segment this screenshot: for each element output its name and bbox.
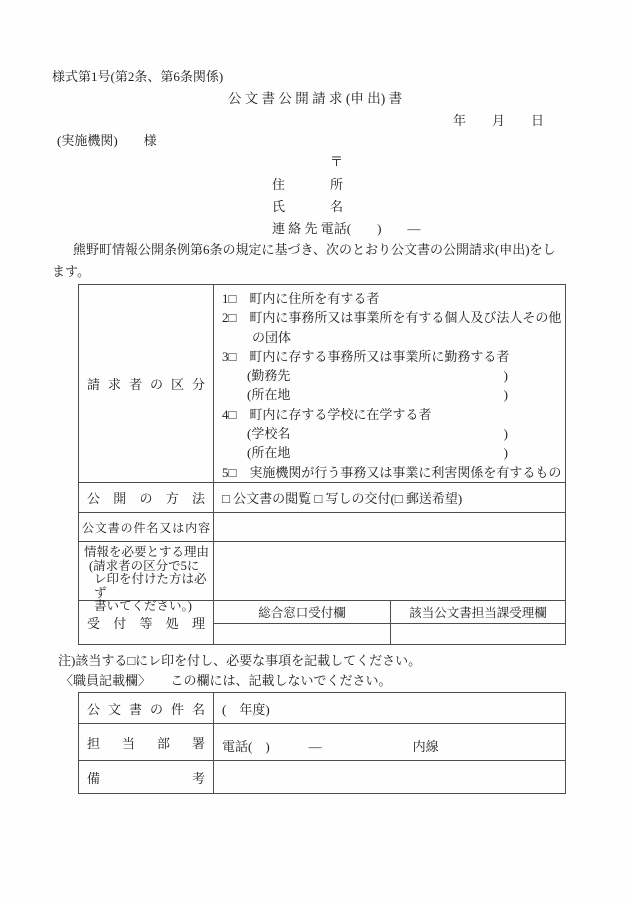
staff-department-label: 担当部署 — [79, 724, 214, 760]
staff-remarks-area — [214, 761, 565, 793]
document-subject-label: 公文書の件名又は内容 — [79, 513, 214, 541]
applicant-category-row: 請求者の区分 1□ 町内に住所を有する者 2□ 町内に事務所又は事業所を有する個… — [79, 285, 565, 482]
staff-remarks-label: 備考 — [79, 761, 214, 793]
postal-mark: 〒 — [330, 151, 343, 170]
address-label: 住 所 — [272, 174, 343, 193]
document-subject-input-area — [214, 513, 565, 541]
reason-row: 情報を必要とする理由 (請求者の区分で5に レ印を付けた方は必ず 書いてください… — [79, 541, 565, 600]
staff-doc-title-value: ( 年度) — [214, 693, 565, 723]
staff-department-row: 担当部署 電話( ) ― 内線 — [79, 723, 565, 760]
applicant-option-5: 5□ 実施機関が行う事務又は事業に利害関係を有するもの — [222, 463, 565, 482]
document-title: 公 文 書 公 開 請 求 (申 出) 書 — [52, 87, 578, 107]
close-paren: ) — [504, 424, 508, 443]
address-label-second: 所 — [330, 174, 343, 193]
reception-desk-header: 総合窓口受付欄 — [214, 601, 391, 623]
disclosure-method-options: □ 公文書の閲覧 □ 写しの交付(□ 郵送希望) — [214, 483, 565, 512]
applicant-category-options: 1□ 町内に住所を有する者 2□ 町内に事務所又は事業所を有する個人及び法人その… — [214, 285, 565, 482]
applicant-category-label: 請求者の区分 — [79, 285, 214, 482]
applicant-option-2: 2□ 町内に事務所又は事業所を有する個人及び法人その他 — [222, 308, 565, 327]
intro-paragraph: 熊野町情報公開条例第6条の規定に基づき、次のとおり公文書の公開請求(申出)をし … — [52, 239, 579, 283]
applicant-option-1: 1□ 町内に住所を有する者 — [222, 289, 565, 308]
disclosure-method-row: 公開の方法 □ 公文書の閲覧 □ 写しの交付(□ 郵送希望) — [79, 482, 565, 512]
staff-remarks-row: 備考 — [79, 760, 565, 793]
addressee-line: (実施機関) 様 — [57, 130, 157, 149]
intro-line-1: 熊野町情報公開条例第6条の規定に基づき、次のとおり公文書の公開請求(申出)をし — [52, 239, 579, 261]
processing-label: 受付等処理 — [79, 601, 214, 644]
school-address-field: (所在地 ) — [247, 443, 508, 462]
applicant-option-2-continued: の団体 — [252, 328, 565, 347]
form-number: 様式第1号(第2条、第6条関係) — [52, 66, 223, 85]
reception-desk-stamp-area — [214, 623, 391, 644]
reason-label: 情報を必要とする理由 (請求者の区分で5に レ印を付けた方は必ず 書いてください… — [79, 542, 214, 600]
address-label-first: 住 — [272, 174, 285, 193]
close-paren: ) — [504, 443, 508, 462]
school-name-field: (学校名 ) — [247, 424, 508, 443]
name-label-second: 名 — [330, 196, 343, 215]
date-line: 年 月 日 — [52, 110, 578, 129]
request-table: 請求者の区分 1□ 町内に住所を有する者 2□ 町内に事務所又は事業所を有する個… — [78, 284, 566, 645]
reason-input-area — [214, 542, 565, 600]
staff-doc-title-row: 公文書の件名 ( 年度) — [79, 693, 565, 723]
workplace-address-field: (所在地 ) — [247, 385, 508, 404]
disclosure-method-label: 公開の方法 — [79, 483, 214, 512]
close-paren: ) — [504, 385, 508, 404]
document-section-header: 該当公文書担当課受理欄 — [391, 601, 565, 623]
note-checkbox-instruction: 注)該当する□にレ印を付し、必要な事項を記載してください。 — [58, 650, 421, 669]
note-staff-only: 〈職員記載欄〉 この欄には、記載しないでください。 — [60, 670, 392, 689]
close-paren: ) — [504, 366, 508, 385]
staff-department-phone: 電話( ) ― 内線 — [214, 724, 565, 760]
workplace-name-field: (勤務先 ) — [247, 366, 508, 385]
processing-row: 受付等処理 総合窓口受付欄 該当公文書担当課受理欄 — [79, 600, 565, 644]
processing-cells: 総合窓口受付欄 該当公文書担当課受理欄 — [214, 601, 565, 644]
document-section-stamp-area — [391, 623, 565, 644]
contact-line: 連 絡 先 電話( ) ― — [272, 218, 420, 237]
document-page: 様式第1号(第2条、第6条関係) 公 文 書 公 開 請 求 (申 出) 書 年… — [0, 0, 630, 903]
applicant-option-3: 3□ 町内に存する事務所又は事業所に勤務する者 — [222, 347, 565, 366]
name-label-first: 氏 — [272, 196, 285, 215]
document-subject-row: 公文書の件名又は内容 — [79, 512, 565, 541]
staff-doc-title-label: 公文書の件名 — [79, 693, 214, 723]
name-label: 氏 名 — [272, 196, 343, 215]
applicant-option-4: 4□ 町内に存する学校に在学する者 — [222, 405, 565, 424]
intro-line-2: ます。 — [52, 261, 579, 283]
staff-table: 公文書の件名 ( 年度) 担当部署 電話( ) ― 内線 備考 — [78, 692, 566, 794]
